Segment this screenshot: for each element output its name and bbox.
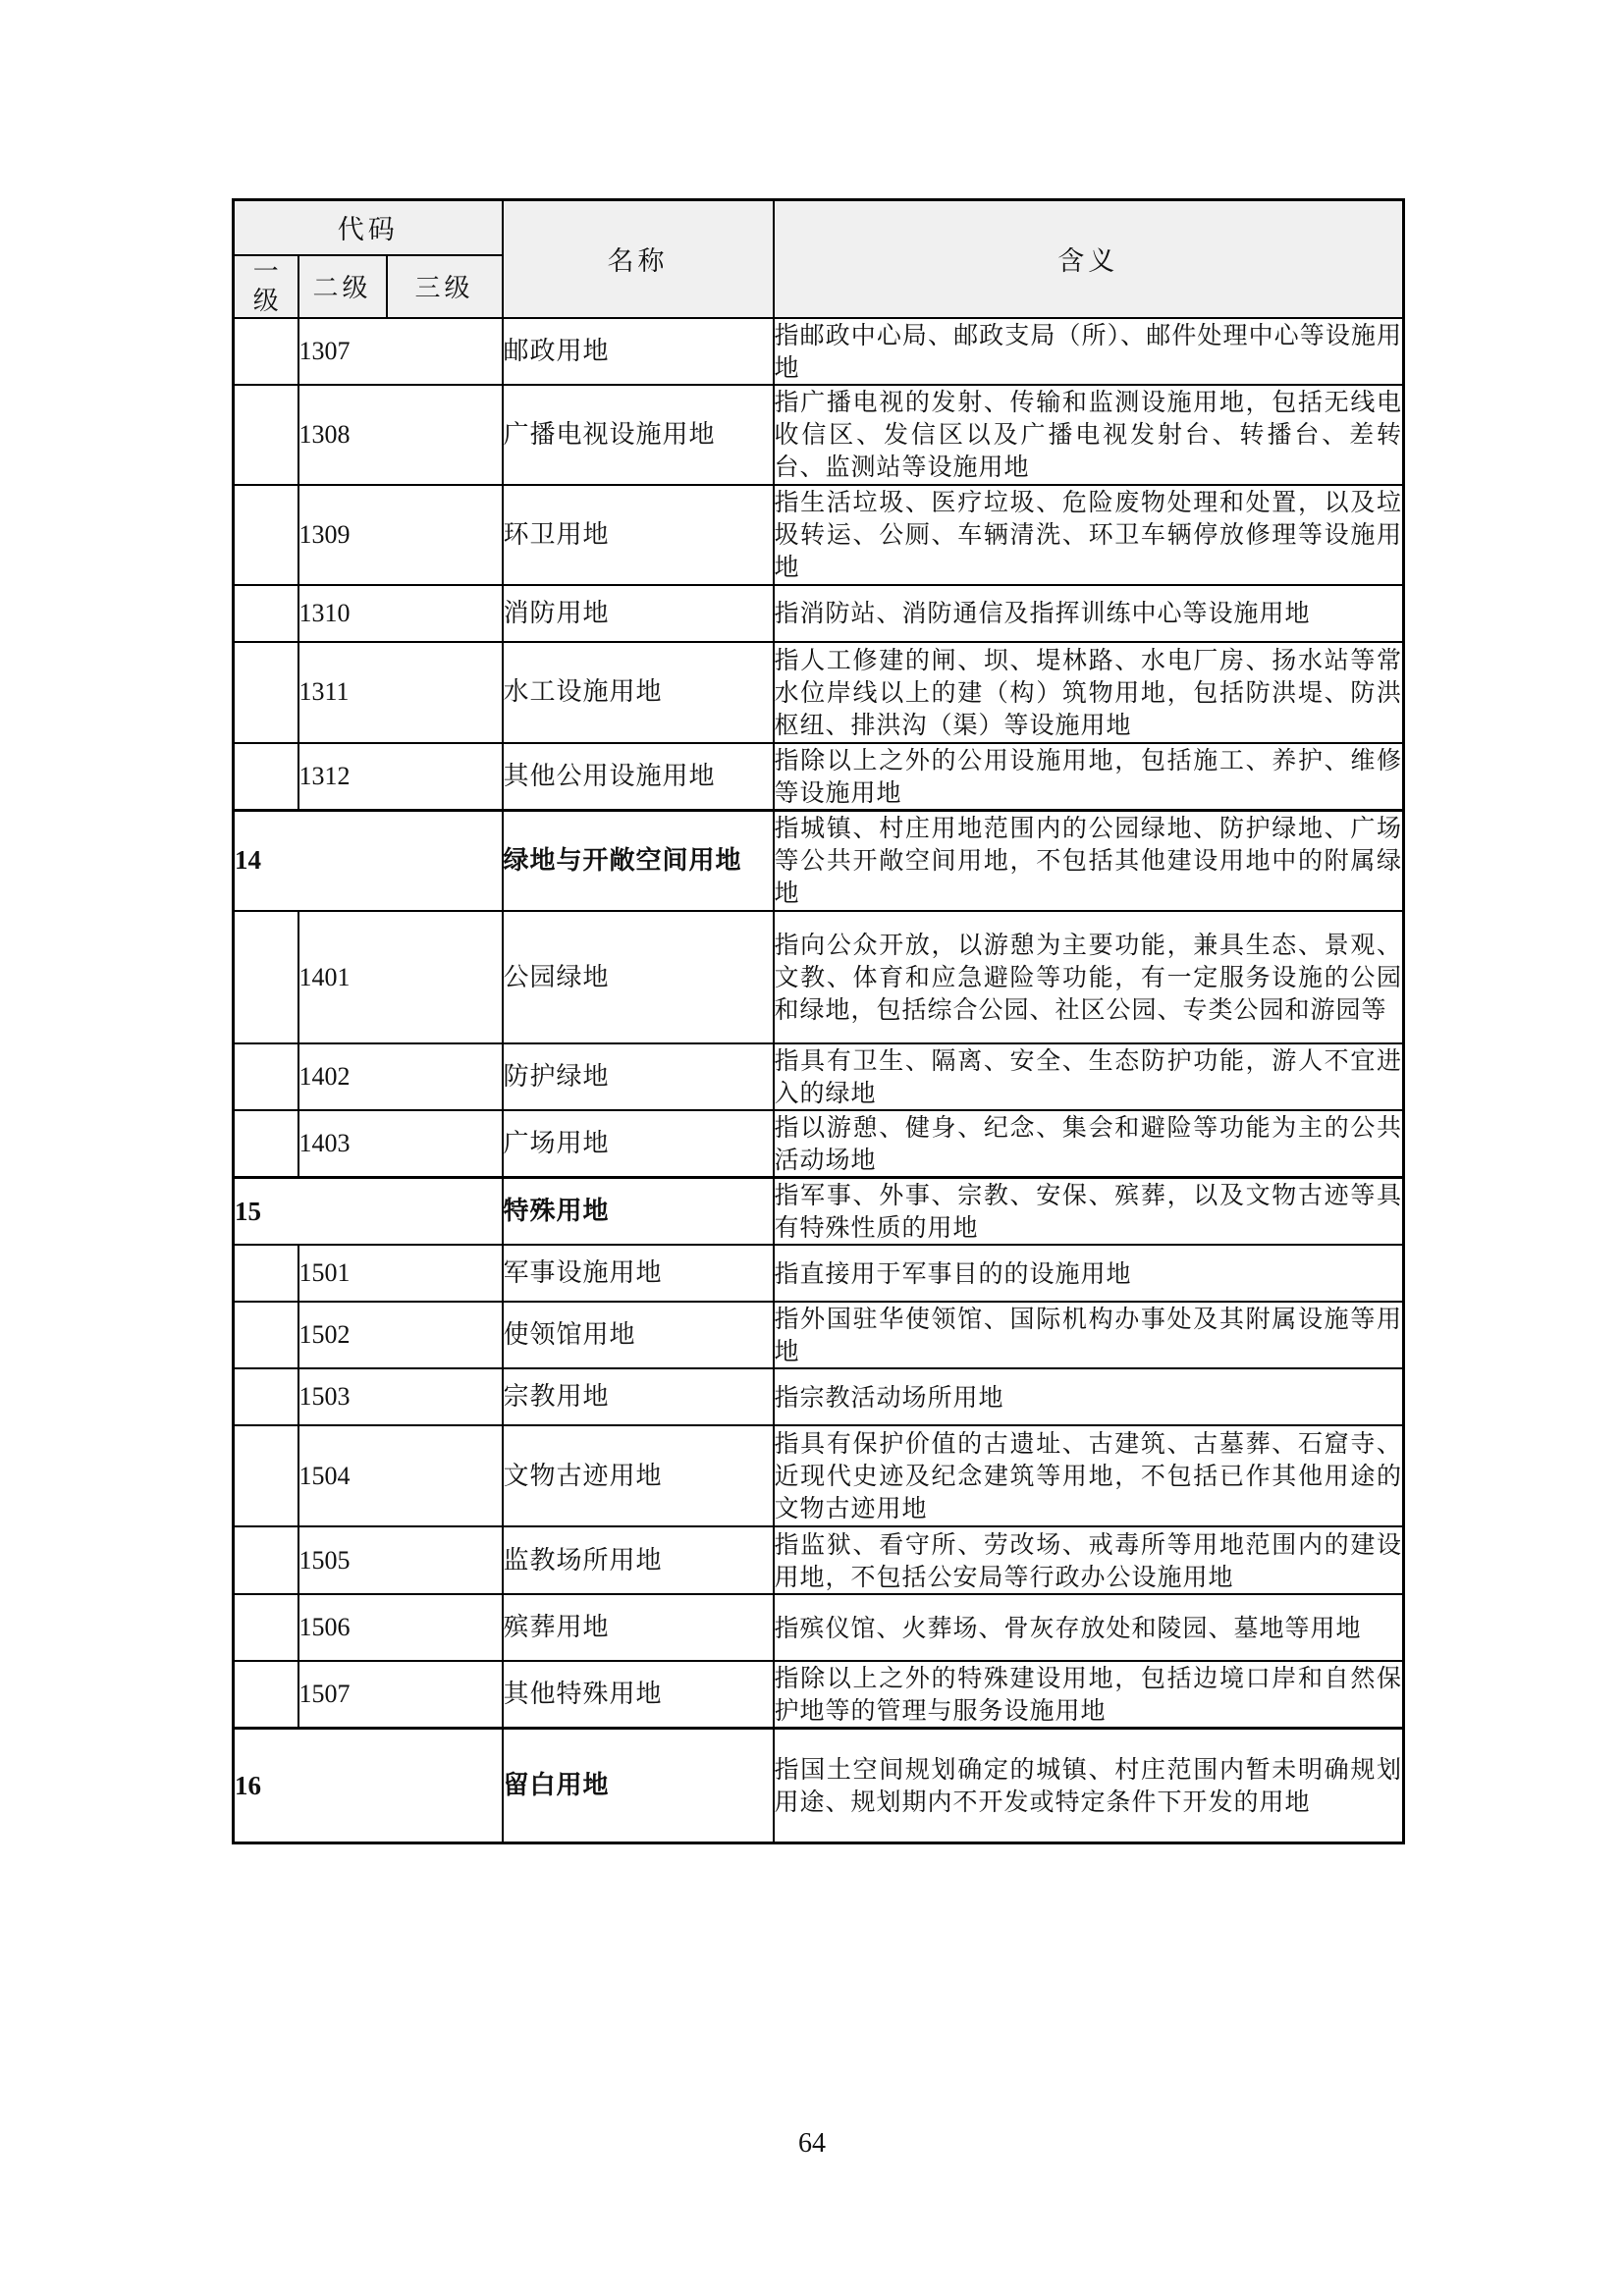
land-use-description: 指监狱、看守所、劳改场、戒毒所等用地范围内的建设用地，不包括公安局等行政办公设施…: [774, 1526, 1404, 1594]
table-row: 1308广播电视设施用地指广播电视的发射、传输和监测设施用地，包括无线电收信区、…: [234, 385, 1404, 485]
land-use-description: 指人工修建的闸、坝、堤林路、水电厂房、扬水站等常水位岸线以上的建（构）筑物用地，…: [774, 642, 1404, 743]
land-use-name: 公园绿地: [503, 911, 774, 1043]
land-use-description: 指国土空间规划确定的城镇、村庄范围内暂未明确规划用途、规划期内不开发或特定条件下…: [774, 1729, 1404, 1843]
land-use-name: 绿地与开敞空间用地: [503, 810, 774, 911]
level1-blank-cell: [234, 1043, 298, 1110]
land-use-classification-table: 代码 名称 含义 一级 二级 三级 1307邮政用地指邮政中心局、邮政支局（所）…: [232, 198, 1405, 1844]
table-row: 1309环卫用地指生活垃圾、医疗垃圾、危险废物处理和处置，以及垃圾转运、公厕、车…: [234, 485, 1404, 585]
level2-code: 1307: [298, 318, 503, 385]
level1-code: 14: [234, 810, 503, 911]
level2-code: 1502: [298, 1302, 503, 1368]
header-level1: 一级: [234, 255, 298, 318]
header-level2: 二级: [298, 255, 387, 318]
table-row-group: 14绿地与开敞空间用地指城镇、村庄用地范围内的公园绿地、防护绿地、广场等公共开敞…: [234, 810, 1404, 911]
land-use-name: 殡葬用地: [503, 1594, 774, 1661]
table-body: 1307邮政用地指邮政中心局、邮政支局（所）、邮件处理中心等设施用地1308广播…: [234, 318, 1404, 1843]
level2-code: 1309: [298, 485, 503, 585]
header-meaning: 含义: [774, 200, 1404, 318]
land-use-description: 指殡仪馆、火葬场、骨灰存放处和陵园、墓地等用地: [774, 1594, 1404, 1661]
table-row: 1311水工设施用地指人工修建的闸、坝、堤林路、水电厂房、扬水站等常水位岸线以上…: [234, 642, 1404, 743]
land-use-description: 指消防站、消防通信及指挥训练中心等设施用地: [774, 585, 1404, 642]
table-row: 1501军事设施用地指直接用于军事目的的设施用地: [234, 1245, 1404, 1302]
level2-code: 1308: [298, 385, 503, 485]
level1-blank-cell: [234, 1594, 298, 1661]
level1-blank-cell: [234, 743, 298, 811]
level1-blank-cell: [234, 1302, 298, 1368]
document-page: 代码 名称 含义 一级 二级 三级 1307邮政用地指邮政中心局、邮政支局（所）…: [0, 0, 1624, 2296]
land-use-name: 其他特殊用地: [503, 1661, 774, 1729]
land-use-name: 文物古迹用地: [503, 1425, 774, 1526]
page-number: 64: [0, 2128, 1624, 2160]
land-use-name: 水工设施用地: [503, 642, 774, 743]
land-use-name: 邮政用地: [503, 318, 774, 385]
level1-blank-cell: [234, 385, 298, 485]
land-use-description: 指宗教活动场所用地: [774, 1368, 1404, 1425]
level1-blank-cell: [234, 1526, 298, 1594]
level1-blank-cell: [234, 318, 298, 385]
level1-blank-cell: [234, 485, 298, 585]
header-code: 代码: [234, 200, 503, 255]
table-row-group: 16留白用地指国土空间规划确定的城镇、村庄范围内暂未明确规划用途、规划期内不开发…: [234, 1729, 1404, 1843]
land-use-name: 环卫用地: [503, 485, 774, 585]
land-use-description: 指邮政中心局、邮政支局（所）、邮件处理中心等设施用地: [774, 318, 1404, 385]
land-use-description: 指城镇、村庄用地范围内的公园绿地、防护绿地、广场等公共开敞空间用地，不包括其他建…: [774, 810, 1404, 911]
land-use-description: 指以游憩、健身、纪念、集会和避险等功能为主的公共活动场地: [774, 1110, 1404, 1178]
level2-code: 1403: [298, 1110, 503, 1178]
table-row-group: 15特殊用地指军事、外事、宗教、安保、殡葬，以及文物古迹等具有特殊性质的用地: [234, 1178, 1404, 1246]
land-use-name: 留白用地: [503, 1729, 774, 1843]
level1-blank-cell: [234, 1245, 298, 1302]
level1-blank-cell: [234, 1368, 298, 1425]
land-use-description: 指具有卫生、隔离、安全、生态防护功能，游人不宜进入的绿地: [774, 1043, 1404, 1110]
table-row: 1403广场用地指以游憩、健身、纪念、集会和避险等功能为主的公共活动场地: [234, 1110, 1404, 1178]
level1-blank-cell: [234, 911, 298, 1043]
land-use-name: 广场用地: [503, 1110, 774, 1178]
level1-blank-cell: [234, 1661, 298, 1729]
level2-code: 1505: [298, 1526, 503, 1594]
table-row: 1506殡葬用地指殡仪馆、火葬场、骨灰存放处和陵园、墓地等用地: [234, 1594, 1404, 1661]
land-use-description: 指具有保护价值的古遗址、古建筑、古墓葬、石窟寺、近现代史迹及纪念建筑等用地，不包…: [774, 1425, 1404, 1526]
table-row: 1504文物古迹用地指具有保护价值的古遗址、古建筑、古墓葬、石窟寺、近现代史迹及…: [234, 1425, 1404, 1526]
land-use-name: 其他公用设施用地: [503, 743, 774, 811]
land-use-name: 防护绿地: [503, 1043, 774, 1110]
level2-code: 1402: [298, 1043, 503, 1110]
table-row: 1401公园绿地指向公众开放，以游憩为主要功能，兼具生态、景观、文教、体育和应急…: [234, 911, 1404, 1043]
land-use-name: 监教场所用地: [503, 1526, 774, 1594]
level1-code: 16: [234, 1729, 503, 1843]
land-use-description: 指军事、外事、宗教、安保、殡葬，以及文物古迹等具有特殊性质的用地: [774, 1178, 1404, 1246]
land-use-description: 指外国驻华使领馆、国际机构办事处及其附属设施等用地: [774, 1302, 1404, 1368]
header-level1-label: 一级: [253, 257, 279, 316]
table-row: 1505监教场所用地指监狱、看守所、劳改场、戒毒所等用地范围内的建设用地，不包括…: [234, 1526, 1404, 1594]
table-row: 1402防护绿地指具有卫生、隔离、安全、生态防护功能，游人不宜进入的绿地: [234, 1043, 1404, 1110]
land-use-name: 特殊用地: [503, 1178, 774, 1246]
header-name: 名称: [503, 200, 774, 318]
level1-blank-cell: [234, 1110, 298, 1178]
table-row: 1310消防用地指消防站、消防通信及指挥训练中心等设施用地: [234, 585, 1404, 642]
land-use-description: 指直接用于军事目的的设施用地: [774, 1245, 1404, 1302]
land-use-name: 军事设施用地: [503, 1245, 774, 1302]
land-use-description: 指向公众开放，以游憩为主要功能，兼具生态、景观、文教、体育和应急避险等功能，有一…: [774, 911, 1404, 1043]
level2-code: 1311: [298, 642, 503, 743]
land-use-name: 广播电视设施用地: [503, 385, 774, 485]
land-use-name: 宗教用地: [503, 1368, 774, 1425]
level2-code: 1312: [298, 743, 503, 811]
level1-blank-cell: [234, 642, 298, 743]
header-level3: 三级: [387, 255, 503, 318]
table-row: 1507其他特殊用地指除以上之外的特殊建设用地，包括边境口岸和自然保护地等的管理…: [234, 1661, 1404, 1729]
level1-blank-cell: [234, 1425, 298, 1526]
land-use-description: 指生活垃圾、医疗垃圾、危险废物处理和处置，以及垃圾转运、公厕、车辆清洗、环卫车辆…: [774, 485, 1404, 585]
table-row: 1307邮政用地指邮政中心局、邮政支局（所）、邮件处理中心等设施用地: [234, 318, 1404, 385]
level2-code: 1503: [298, 1368, 503, 1425]
level1-blank-cell: [234, 585, 298, 642]
level1-code: 15: [234, 1178, 503, 1246]
level2-code: 1401: [298, 911, 503, 1043]
level2-code: 1506: [298, 1594, 503, 1661]
land-use-description: 指除以上之外的特殊建设用地，包括边境口岸和自然保护地等的管理与服务设施用地: [774, 1661, 1404, 1729]
table-row: 1503宗教用地指宗教活动场所用地: [234, 1368, 1404, 1425]
level2-code: 1310: [298, 585, 503, 642]
land-use-description: 指广播电视的发射、传输和监测设施用地，包括无线电收信区、发信区以及广播电视发射台…: [774, 385, 1404, 485]
level2-code: 1507: [298, 1661, 503, 1729]
land-use-description: 指除以上之外的公用设施用地，包括施工、养护、维修等设施用地: [774, 743, 1404, 811]
land-use-name: 消防用地: [503, 585, 774, 642]
level2-code: 1501: [298, 1245, 503, 1302]
table-row: 1312其他公用设施用地指除以上之外的公用设施用地，包括施工、养护、维修等设施用…: [234, 743, 1404, 811]
level2-code: 1504: [298, 1425, 503, 1526]
land-use-name: 使领馆用地: [503, 1302, 774, 1368]
table-row: 1502使领馆用地指外国驻华使领馆、国际机构办事处及其附属设施等用地: [234, 1302, 1404, 1368]
